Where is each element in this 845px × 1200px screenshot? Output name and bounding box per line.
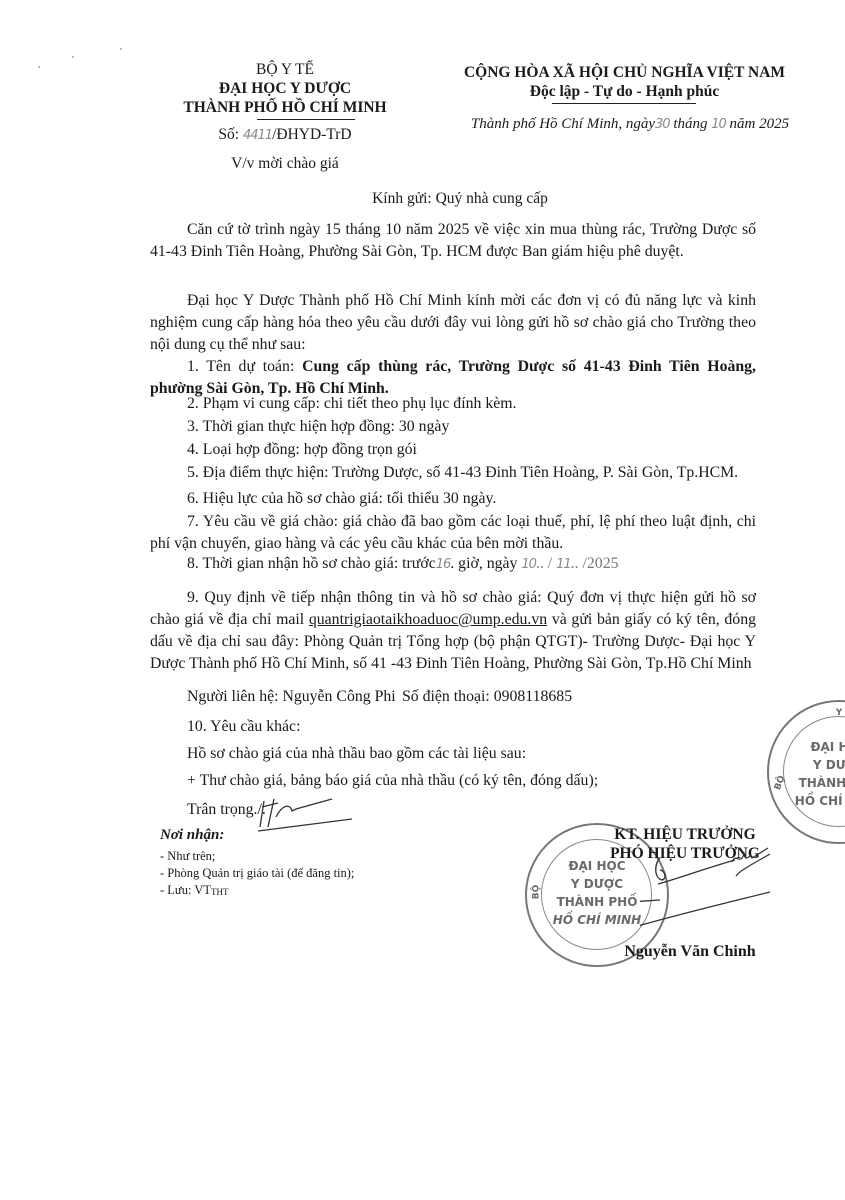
handwritten-signature (640, 840, 790, 950)
item-8-month: 11 (556, 557, 571, 572)
item-6: 6. Hiệu lực của hồ sơ chào giá: tối thiể… (187, 488, 496, 510)
item-8-label: 8. Thời gian nhận hồ sơ chào giá: trước (187, 555, 436, 572)
item-5: 5. Địa điểm thực hiện: Trường Dược, số 4… (187, 462, 738, 484)
item-8-mid: . giờ, ngày (450, 555, 517, 572)
item-10-b: + Thư chào giá, bảng báo giá của nhà thầ… (187, 770, 598, 792)
contact-phone: Số điện thoại: 0908118685 (402, 686, 572, 708)
number-handwritten: 4411 (243, 128, 272, 143)
stamp-side: BỘ (531, 885, 541, 900)
item-10: 10. Yêu cầu khác: (187, 716, 300, 738)
document-subject: V/v mời chào giá (150, 155, 420, 173)
item-7: 7. Yêu cầu về giá chào: giá chào đã bao … (150, 511, 756, 555)
date-month: 10 (711, 117, 726, 132)
archive-label: - Lưu: VT (160, 883, 211, 897)
number-label: Số: (218, 126, 239, 143)
item-2: 2. Phạm vi cung cấp: chi tiết theo phụ l… (187, 393, 516, 415)
item-10-a: Hồ sơ chào giá của nhà thầu bao gồm các … (187, 743, 526, 765)
email-link[interactable]: quantrigiaotaikhoaduoc@ump.edu.vn (309, 611, 547, 628)
item-8-sep: .. / (536, 555, 556, 572)
date-year: năm 2025 (730, 116, 790, 132)
signer-name: Nguyễn Văn Chinh (560, 943, 820, 961)
item-8: 8. Thời gian nhận hồ sơ chào giá: trước1… (187, 553, 619, 576)
national-motto: Độc lập - Tự do - Hạnh phúc (432, 82, 817, 101)
item-8-year: .. /2025 (571, 555, 619, 572)
scan-speck (72, 56, 74, 58)
paragraph-basis: Căn cứ tờ trình ngày 15 tháng 10 năm 202… (150, 219, 756, 263)
motto-underline (552, 103, 696, 104)
national-header: CỘNG HÒA XÃ HỘI CHỦ NGHĨA VIỆT NAM Độc l… (432, 63, 817, 101)
item-1-label: 1. Tên dự toán: (187, 358, 302, 375)
ministry-name: BỘ Y TẾ (150, 60, 420, 79)
item-8-day: 10 (521, 557, 536, 572)
recipient-item: - Lưu: VTTHT (160, 882, 228, 901)
stamp-line: ĐẠI HỌC (769, 740, 845, 754)
document-date: Thành phố Hồ Chí Minh, ngày30 tháng 10 n… (430, 116, 830, 133)
issuer-underline (257, 119, 355, 120)
partial-stamp: Y ĐẠI HỌC Y DƯỢC THÀNH PHỐ HỒ CHÍ MINH B… (767, 700, 845, 844)
date-prefix: Thành phố Hồ Chí Minh, ngày (471, 116, 655, 132)
item-3: 3. Thời gian thực hiện hợp đồng: 30 ngày (187, 416, 449, 438)
university-city: THÀNH PHỐ HỒ CHÍ MINH (150, 98, 420, 117)
archive-subscript: THT (211, 887, 229, 897)
university-name: ĐẠI HỌC Y DƯỢC (150, 79, 420, 98)
stamp-line: Y DƯỢC (769, 758, 845, 772)
recipients-title: Nơi nhận: (160, 827, 224, 844)
issuer-block: BỘ Y TẾ ĐẠI HỌC Y DƯỢC THÀNH PHỐ HỒ CHÍ … (150, 60, 420, 117)
contact-person: Người liên hệ: Nguyễn Công Phi (187, 686, 396, 708)
date-month-label: tháng (673, 116, 707, 132)
stamp-top: Y (769, 708, 845, 718)
initials-signature (252, 797, 362, 833)
salutation: Kính gửi: Quý nhà cung cấp (150, 190, 770, 208)
item-8-hour: 16 (436, 557, 451, 572)
document-number: Số: 4411/ĐHYD-TrD (150, 126, 420, 144)
item-9: 9. Quy định về tiếp nhận thông tin và hồ… (150, 587, 756, 675)
stamp-line: HỒ CHÍ MINH (769, 794, 845, 808)
paragraph-invitation: Đại học Y Dược Thành phố Hồ Chí Minh kín… (150, 290, 756, 356)
date-day: 30 (655, 117, 670, 132)
number-suffix: /ĐHYD-TrD (272, 126, 352, 143)
recipient-item: - Phòng Quản trị giáo tài (để đăng tin); (160, 865, 354, 882)
recipient-item: - Như trên; (160, 848, 215, 865)
nation-name: CỘNG HÒA XÃ HỘI CHỦ NGHĨA VIỆT NAM (432, 63, 817, 82)
scan-speck (120, 48, 122, 50)
item-4: 4. Loại hợp đồng: hợp đồng trọn gói (187, 439, 417, 461)
scan-speck (38, 66, 40, 68)
